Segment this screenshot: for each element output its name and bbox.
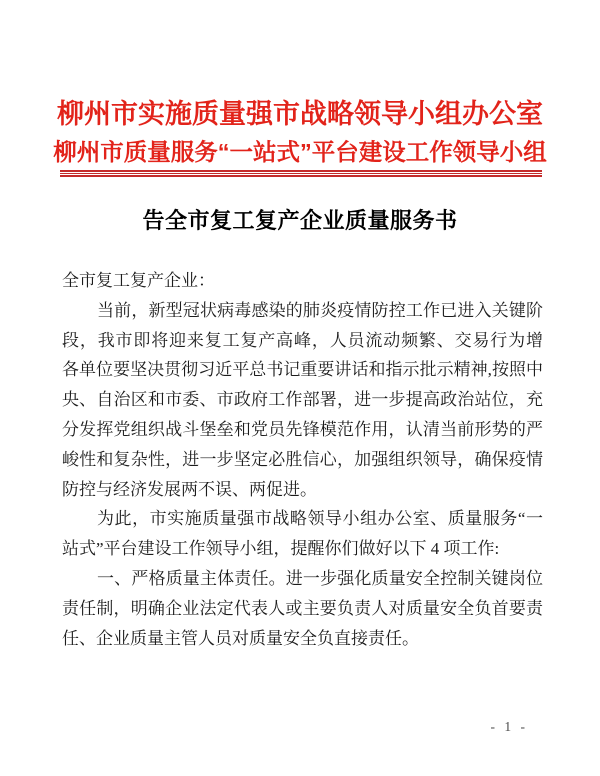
red-separator-rule	[60, 170, 542, 177]
body-line: 站式”平台建设工作领导小组，提醒你们做好以下 4 项工作:	[62, 534, 543, 564]
letterhead-line-2: 柳州市质量服务“一站式”平台建设工作领导小组	[0, 134, 600, 171]
body-line: 分发挥党组织战斗堡垒和党员先锋模范作用，认清当前形势的严	[62, 415, 543, 445]
body-line: 央、自治区和市委、市政府工作部署，进一步提高政治站位，充	[62, 385, 543, 415]
document-title: 告全市复工复产企业质量服务书	[0, 204, 600, 238]
body-line: 当前，新型冠状病毒感染的肺炎疫情防控工作已进入关键阶	[62, 296, 543, 326]
letterhead-line-1: 柳州市实施质量强市战略领导小组办公室	[0, 94, 600, 134]
body-line: 责任制，明确企业法定代表人或主要负责人对质量安全负首要责	[62, 594, 543, 624]
document-page: 柳州市实施质量强市战略领导小组办公室 柳州市质量服务“一站式”平台建设工作领导小…	[0, 0, 600, 776]
document-body: 全市复工复产企业： 当前，新型冠状病毒感染的肺炎疫情防控工作已进入关键阶 段，我…	[62, 266, 543, 653]
letterhead: 柳州市实施质量强市战略领导小组办公室 柳州市质量服务“一站式”平台建设工作领导小…	[0, 94, 600, 171]
page-number: - 1 -	[491, 719, 529, 735]
salutation-line: 全市复工复产企业：	[62, 266, 543, 296]
body-line: 各单位要坚决贯彻习近平总书记重要讲话和指示批示精神,按照中	[62, 355, 543, 385]
body-line: 一、严格质量主体责任。进一步强化质量安全控制关键岗位	[62, 564, 543, 594]
body-line: 为此，市实施质量强市战略领导小组办公室、质量服务“一	[62, 504, 543, 534]
body-line: 任、企业质量主管人员对质量安全负直接责任。	[62, 624, 543, 654]
body-line: 段，我市即将迎来复工复产高峰，人员流动频繁、交易行为增多，	[62, 326, 543, 356]
body-line: 防控与经济发展两不误、两促进。	[62, 475, 543, 505]
body-line: 峻性和复杂性，进一步坚定必胜信心，加强组织领导，确保疫情	[62, 445, 543, 475]
